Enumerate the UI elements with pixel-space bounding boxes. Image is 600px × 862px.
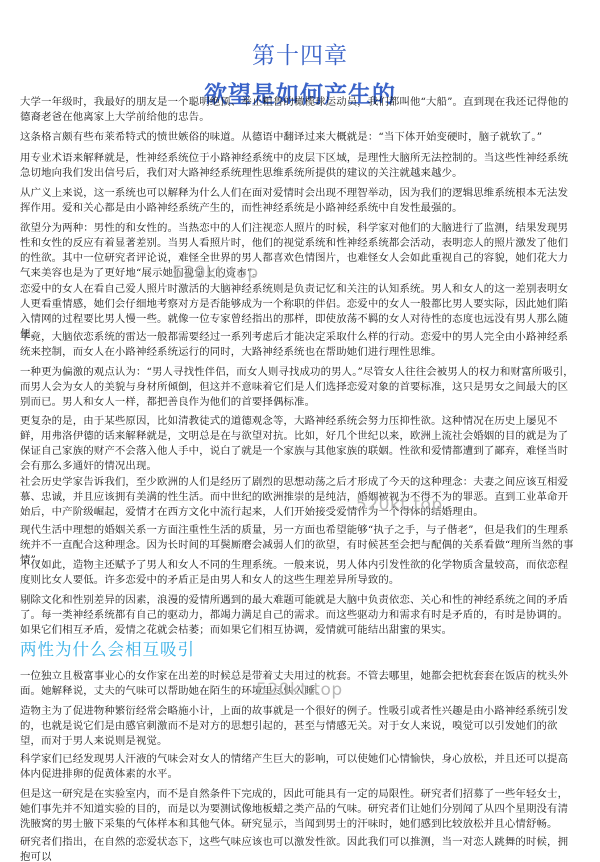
paragraph: 不仅如此，造物主还赋予了男人和女人不同的生理系统。一般来说，男人体内引发性欲的化… bbox=[20, 558, 578, 588]
paragraph: 大学一年级时，我最好的朋友是一个聪明绝顶、举止粗鲁的橄榄球运动员，我们都叫他“大… bbox=[20, 95, 578, 125]
paragraph: 毕竟，大脑依恋系统的雷达一般都需要经过一系列考虑后才能决定采取什么样的行动。恋爱… bbox=[20, 330, 578, 360]
paragraph: 剔除文化和性别差异的因素，浪漫的爱情所遇到的最大难题可能就是大脑中负责依恋、关心… bbox=[20, 593, 578, 638]
paragraph: 从广义上来说，这一系统也可以解释为什么人们在面对爱情时会出现不理智举动，因为我们… bbox=[20, 186, 578, 216]
paragraph: 更复杂的是，由于某些原因，比如清教徒式的道德观念等，大路神经系统会努力压抑性欲。… bbox=[20, 414, 578, 474]
paragraph: 但是这一研究是在实验室内，而不是自然条件下完成的，因此可能具有一定的局限性。研究… bbox=[20, 787, 578, 832]
paragraph: 社会历史学家告诉我们，至少欧洲的人们是经历了剧烈的思想动荡之后才形成了今天的这种… bbox=[20, 475, 578, 520]
paragraph: 造物主为了促进物种繁衍经常会略施小计，上面的故事就是一个很好的例子。性吸引或者性… bbox=[20, 704, 578, 749]
paragraph: 一种更为偏激的观点认为：“男人寻找性伴侣，而女人则寻找成功的男人。”尽管女人往往… bbox=[20, 365, 578, 410]
paragraph: 研究者们指出，在自然的恋爱状态下，这些气味应该也可以激发性欲。因此我们可以推测，… bbox=[20, 835, 578, 862]
watermark: 520kt.top bbox=[356, 495, 443, 515]
watermark: 520kt.top bbox=[256, 680, 343, 700]
watermark: 520kt.top bbox=[172, 263, 259, 283]
section-heading: 两性为什么会相互吸引 bbox=[20, 636, 195, 660]
paragraph: 科学家们已经发现男人汗液的气味会对女人的情绪产生巨大的影响，可以使她们心情愉快，… bbox=[20, 752, 578, 782]
chapter-number: 第十四章 bbox=[0, 37, 600, 70]
paragraph: 这条格言颇有些布莱希特式的愤世嫉俗的味道。从德语中翻译过来大概就是：“当下体开始… bbox=[20, 130, 578, 145]
paragraph: 用专业术语来解释就是，性神经系统位于小路神经系统中的皮层下区域，是理性大脑所无法… bbox=[20, 151, 578, 181]
paragraph: 欲望分为两种：男性的和女性的。当热恋中的人们注视恋人照片的时候，科学家对他们的大… bbox=[20, 221, 578, 281]
